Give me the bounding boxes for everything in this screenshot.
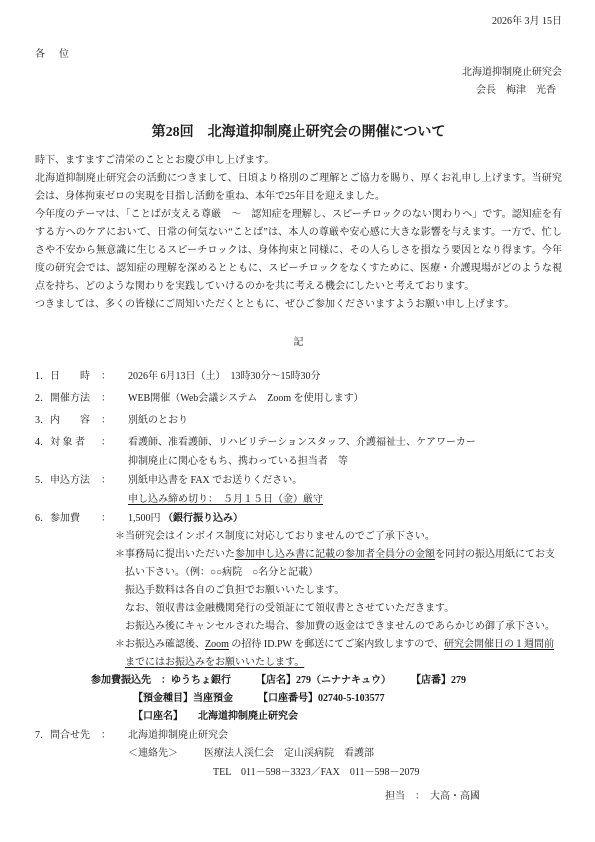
note-zoom-word: Zoom: [205, 639, 229, 650]
note-zoom-mid: の招待 ID.PW を郵送にてご案内致しますので、: [229, 639, 444, 650]
item-datetime-colon: ：: [101, 367, 128, 386]
note-payment-pre: ＊事務局に提出いただいた: [115, 549, 235, 560]
sender-president: 会長 梅津 光香: [35, 82, 562, 100]
item-method-colon: ：: [101, 389, 128, 408]
item-fee-label: 6．参加費: [35, 509, 101, 528]
note-payment: ＊事務局に提出いただいた参加申し込み書に記載の参加者全員分の金額を同封の振込用紙…: [115, 546, 562, 582]
item-content-value: 別紙のとおり: [128, 411, 562, 430]
item-audience-value: 看護師、准看護師、リハビリテーションスタッフ、介護福祉士、ケアワーカー 抑制廃止…: [128, 433, 562, 471]
item-content: 3．内 容 ： 別紙のとおり: [35, 411, 562, 430]
item-apply-line1: 別紙申込書を FAX でお送りください。: [128, 475, 302, 486]
person-in-charge: 担当 ： 大高・高國: [35, 788, 562, 806]
contact-tel-fax: TEL 011－598－3323／FAX 011－598－2079: [213, 764, 562, 783]
bank-transfer-info: 参加費振込先 ：ゆうちょ銀行 【店名】279（ニナナキュウ） 【店番】279 【…: [35, 672, 562, 726]
item-audience-label: 4．対 象 者: [35, 433, 101, 471]
item-fee-amount: 1,500円: [128, 513, 163, 524]
contact-label: ＜連絡先＞: [128, 745, 204, 764]
document-date: 2026年 3月 15日: [35, 14, 562, 30]
paragraph-thanks: 北海道抑制廃止研究会の活動につきまして、日頃より格別のご理解とご協力を賜り、厚く…: [35, 170, 562, 206]
note-receipt: なお、領収書は金融機関発行の受領証にて領収書とさせていただきます。: [115, 600, 562, 618]
sender-org: 北海道抑制廃止研究会: [35, 64, 562, 82]
paragraph-theme: 今年度のテーマは、「ことばが支える尊厳 ～ 認知症を理解し、スピーチロックのない…: [35, 206, 562, 296]
letter-body: 時下、ますますご清栄のこととお慶び申し上げます。 北海道抑制廃止研究会の活動につ…: [35, 152, 562, 314]
item-fee-value: 1,500円 （銀行振り込み）: [128, 509, 562, 528]
paragraph-invitation: つきましては、多くの皆様にご周知いただくとともに、ぜひご参加くださいますようお願…: [35, 296, 562, 314]
item-inquiry-org: 北海道抑制廃止研究会: [128, 726, 562, 745]
fee-notes: ＊当研究会はインボイス制度に対応しておりませんのでご了承下さい。 ＊事務局に提出…: [115, 528, 562, 672]
item-datetime-value: 2026年 6月13日（土） 13時30分～15時30分: [128, 367, 562, 386]
item-content-label: 3．内 容: [35, 411, 101, 430]
bank-line-account-number: 【預金種目】当座預金 【口座番号】02740-5-103577: [133, 690, 562, 708]
item-audience: 4．対 象 者 ： 看護師、准看護師、リハビリテーションスタッフ、介護福祉士、ケ…: [35, 433, 562, 471]
item-audience-line2: 抑制廃止に関心をもち、携わっている担当者 等: [128, 456, 348, 467]
letter-page: 2026年 3月 15日 各 位 北海道抑制廃止研究会 会長 梅津 光香 第28…: [0, 0, 595, 842]
item-fee: 6．参加費 ： 1,500円 （銀行振り込み）: [35, 509, 562, 528]
note-no-refund: お振込み後にキャンセルされた場合、参加費の返金はできませんのであらかじめ御了承下…: [115, 618, 562, 636]
bank-line-branch: 参加費振込先 ：ゆうちょ銀行 【店名】279（ニナナキュウ） 【店番】279: [91, 672, 562, 690]
item-content-colon: ：: [101, 411, 128, 430]
ki-marker: 記: [35, 334, 562, 352]
item-apply-value: 別紙申込書を FAX でお送りください。 申し込み締め切り： ５月１５日（金）厳…: [128, 471, 562, 509]
item-apply-label: 5．申込方法: [35, 471, 101, 509]
item-inquiry: 7．問合せ先 ： 北海道抑制廃止研究会 ＜連絡先＞ 医療法人渓仁会 定山渓病院 …: [35, 726, 562, 782]
note-invoice: ＊当研究会はインボイス制度に対応しておりませんのでご了承下さい。: [115, 528, 562, 546]
item-inquiry-row: 7．問合せ先 ： 北海道抑制廃止研究会: [35, 726, 562, 745]
contact-row: ＜連絡先＞ 医療法人渓仁会 定山渓病院 看護部: [128, 745, 562, 764]
item-datetime: 1．日 時 ： 2026年 6月13日（土） 13時30分～15時30分: [35, 367, 562, 386]
item-fee-colon: ：: [101, 509, 128, 528]
item-datetime-label: 1．日 時: [35, 367, 101, 386]
item-apply-deadline: 申し込み締め切り： ５月１５日（金）厳守: [128, 494, 323, 505]
item-method-value: WEB開催（Web会議システム Zoom を使用します）: [128, 389, 562, 408]
document-title: 第28回 北海道抑制廃止研究会の開催について: [35, 123, 562, 143]
item-fee-payment-method: （銀行振り込み）: [163, 513, 243, 524]
item-inquiry-colon: ：: [101, 726, 128, 745]
paragraph-greeting: 時下、ますますご清栄のこととお慶び申し上げます。: [35, 152, 562, 170]
item-method: 2．開催方法 ： WEB開催（Web会議システム Zoom を使用します）: [35, 389, 562, 408]
item-audience-colon: ：: [101, 433, 128, 471]
bank-line-account-name: 【口座名】 北海道抑制廃止研究会: [133, 708, 562, 726]
detail-list: 1．日 時 ： 2026年 6月13日（土） 13時30分～15時30分 2．開…: [35, 367, 562, 528]
item-method-label: 2．開催方法: [35, 389, 101, 408]
item-apply-colon: ：: [101, 471, 128, 509]
contact-hospital: 医療法人渓仁会 定山渓病院 看護部: [204, 745, 374, 764]
note-payment-underline: 参加申し込み書に記載の参加者全員分の金額: [235, 549, 435, 560]
note-zoom-pre: ＊お振込み確認後、: [115, 639, 205, 650]
item-audience-line1: 看護師、准看護師、リハビリテーションスタッフ、介護福祉士、ケアワーカー: [128, 437, 476, 448]
note-transfer-fee: 振込手数料は各自のご負担でお願いいたします。: [115, 582, 562, 600]
item-inquiry-label: 7．問合せ先: [35, 726, 101, 745]
item-apply: 5．申込方法 ： 別紙申込書を FAX でお送りください。 申し込み締め切り： …: [35, 471, 562, 509]
salutation: 各 位: [35, 46, 562, 64]
note-zoom-invite: ＊お振込み確認後、Zoom の招待 ID.PW を郵送にてご案内致しますので、研…: [115, 636, 562, 672]
